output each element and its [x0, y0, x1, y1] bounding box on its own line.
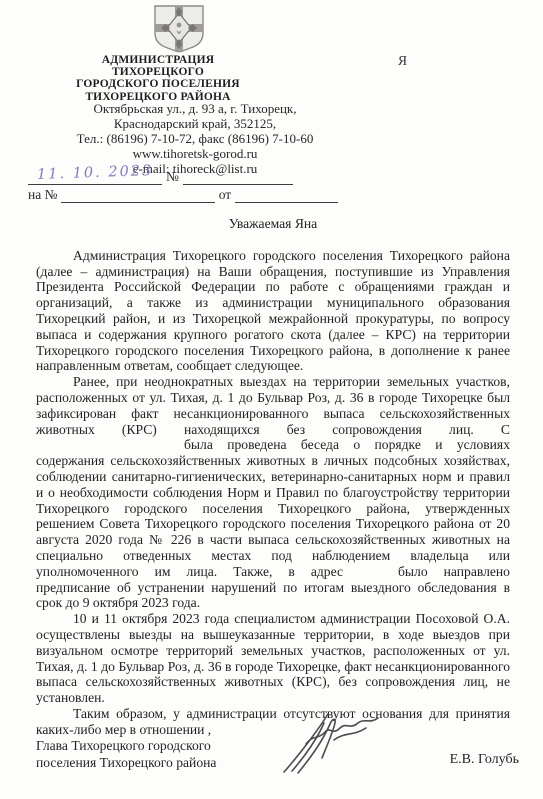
- recipient-initial: Я: [398, 53, 407, 69]
- scanned-letter-page: АДМИНИСТРАЦИЯ ТИХОРЕЦКОГО ГОРОДСКОГО ПОС…: [0, 0, 543, 799]
- paragraph-4: Таким образом, у администрации отсутству…: [36, 706, 510, 738]
- salutation: Уважаемая Яна: [36, 216, 510, 232]
- paragraph-text: Администрация Тихорецкого городского пос…: [36, 248, 510, 374]
- incoming-number-blank-line: [61, 186, 214, 203]
- signer-title-line: поселения Тихорецкого района: [36, 755, 216, 772]
- handwritten-date: 11. 10. 2023: [37, 163, 154, 183]
- org-name-line: ГОРОДСКОГО ПОСЕЛЕНИЯ: [30, 78, 286, 90]
- address-line: Октябрьская ул., д. 93 а, г. Тихорецк,: [25, 101, 365, 116]
- paragraph-text: 10 и 11 октября 2023 года специалистом а…: [36, 611, 510, 705]
- date-field: 11. 10. 2023: [28, 165, 162, 185]
- org-name-line: АДМИНИСТРАЦИЯ: [30, 54, 286, 66]
- from-label: от: [219, 187, 231, 203]
- reference-row-incoming: на № от: [28, 185, 338, 203]
- coat-of-arms-icon: [150, 4, 208, 54]
- redacted-gap: [343, 575, 398, 576]
- number-blank-line: [183, 168, 293, 185]
- org-name-line: ТИХОРЕЦКОГО: [30, 66, 286, 78]
- signer-name: Е.В. Голубь: [450, 752, 519, 769]
- signer-title: Глава Тихорецкого городского поселения Т…: [36, 738, 216, 771]
- website-line: www.tihoretsk-gorod.ru: [25, 146, 365, 161]
- reference-block: 11. 10. 2023 № на № от: [28, 166, 338, 203]
- address-line: Краснодарский край, 352125,: [25, 116, 365, 131]
- paragraph-text: Таким образом, у администрации отсутству…: [36, 706, 510, 737]
- on-number-label: на №: [28, 187, 57, 203]
- incoming-date-blank-line: [235, 186, 338, 203]
- paragraph-text: была проведена беседа о порядке и услови…: [36, 437, 510, 578]
- closing-block: Глава Тихорецкого городского поселения Т…: [36, 738, 519, 771]
- letterhead-org-name: АДМИНИСТРАЦИЯ ТИХОРЕЦКОГО ГОРОДСКОГО ПОС…: [30, 54, 286, 103]
- paragraph-3: 10 и 11 октября 2023 года специалистом а…: [36, 611, 510, 706]
- paragraph-1: Администрация Тихорецкого городского пос…: [36, 248, 510, 374]
- reference-row-date: 11. 10. 2023 №: [28, 166, 338, 185]
- letter-body: Уважаемая Яна Администрация Тихорецкого …: [36, 216, 510, 738]
- paragraph-2: Ранее, при неоднократных выездах на терр…: [36, 374, 510, 611]
- signer-title-line: Глава Тихорецкого городского: [36, 738, 216, 755]
- phone-line: Тел.: (86196) 7-10-72, факс (86196) 7-10…: [25, 131, 365, 146]
- redacted-gap: [36, 448, 184, 449]
- paragraph-text: Ранее, при неоднократных выездах на терр…: [36, 374, 510, 436]
- number-label: №: [166, 169, 179, 185]
